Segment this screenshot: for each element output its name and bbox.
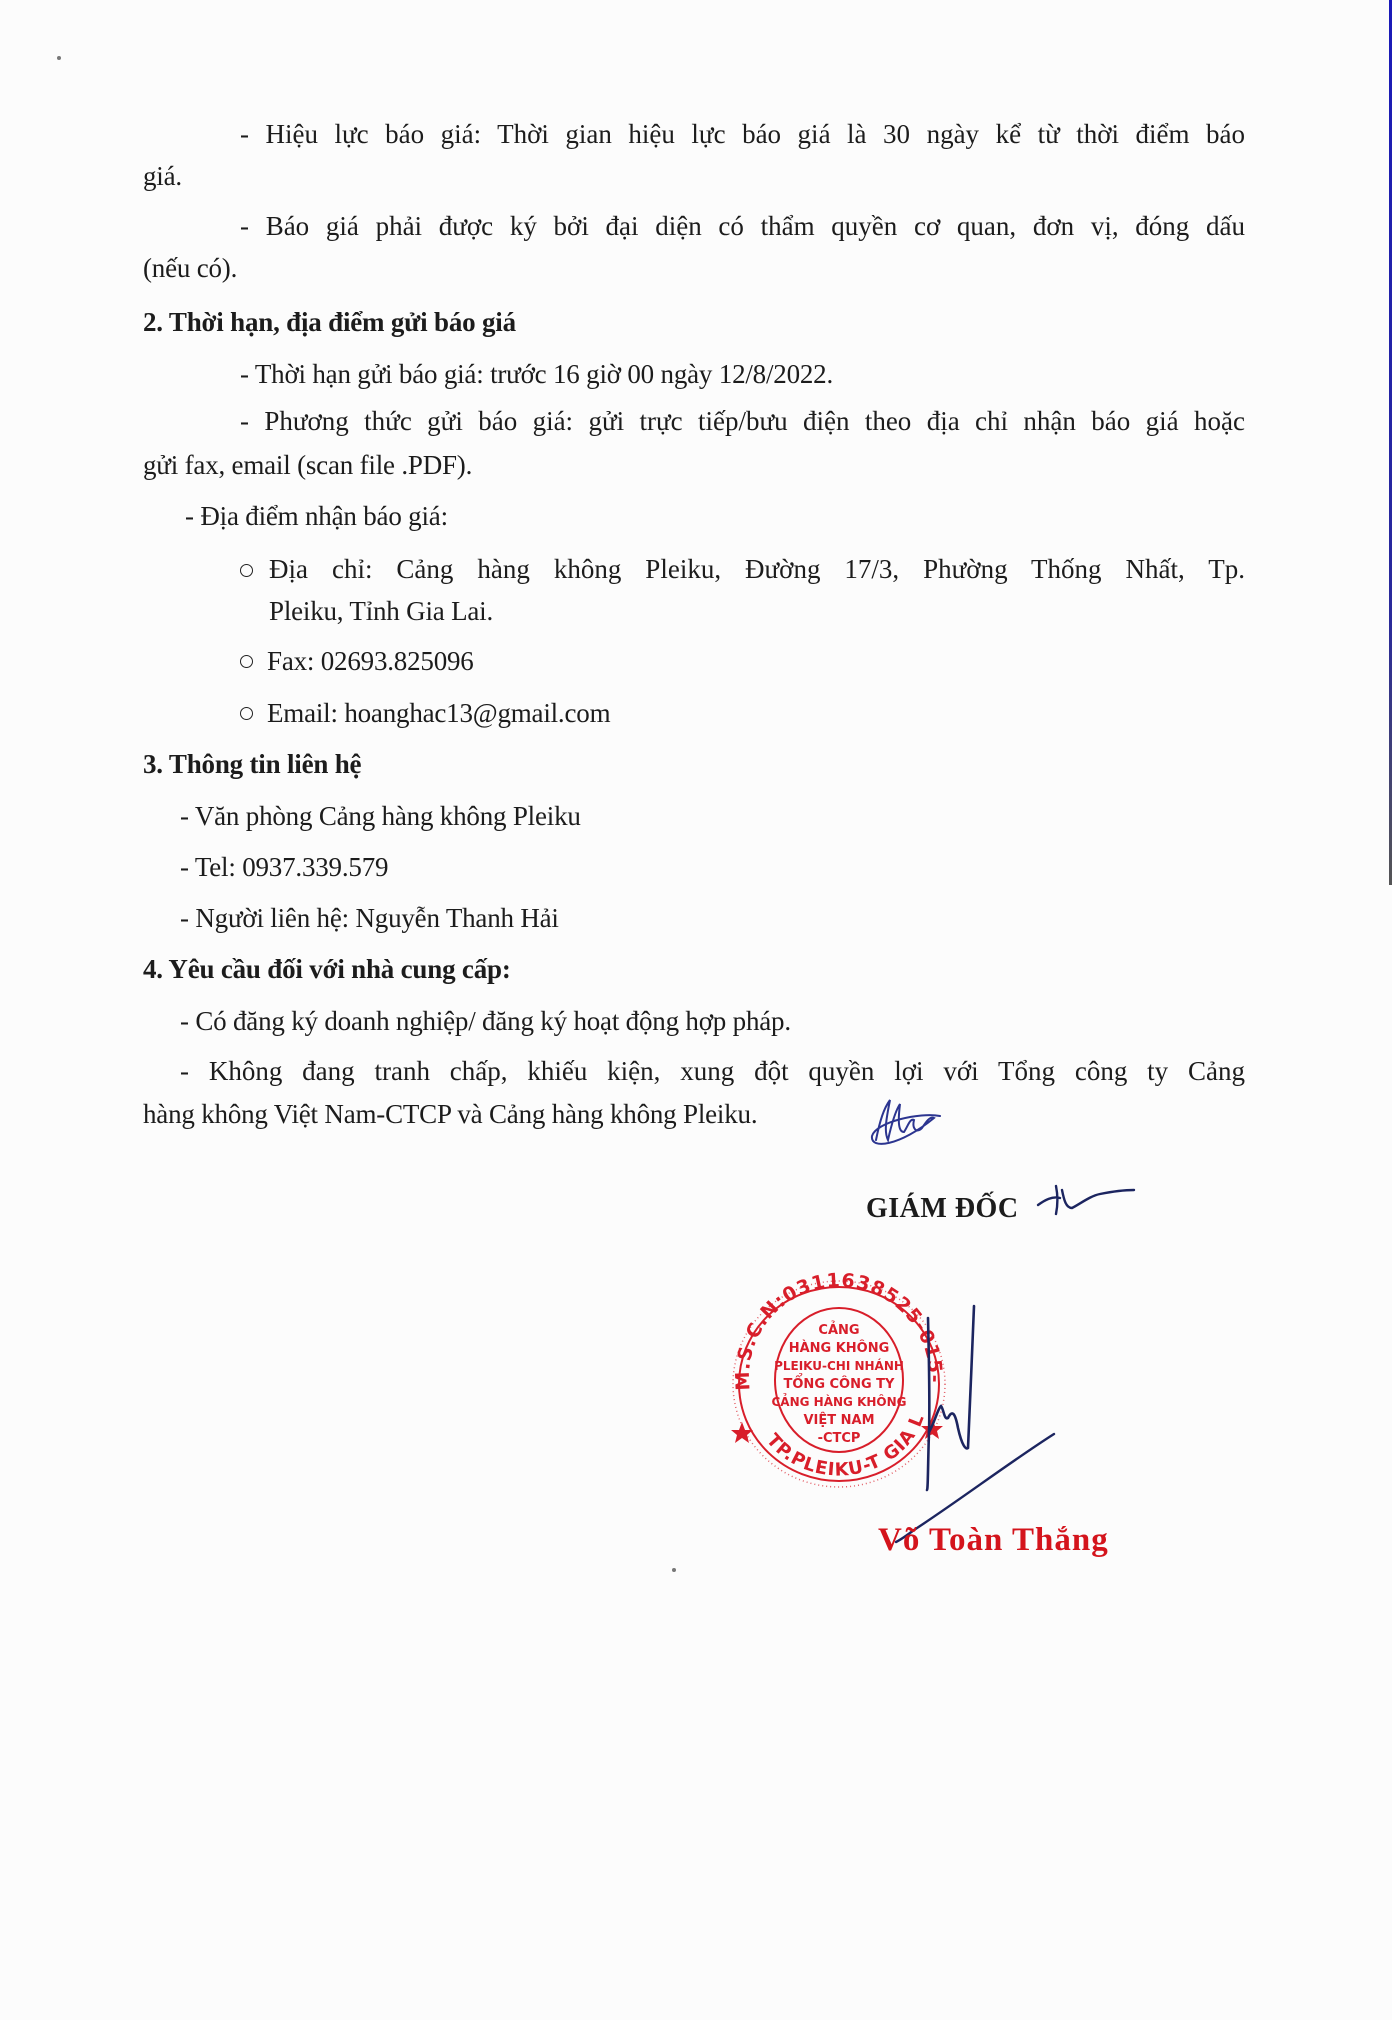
initials-scribble bbox=[1038, 1186, 1134, 1214]
stamp-line: CẢNG bbox=[818, 1321, 859, 1338]
stamp-line: PLEIKU-CHI NHÁNH bbox=[774, 1358, 904, 1373]
email-item: Email: hoanghac13@gmail.com bbox=[240, 697, 610, 729]
contact-person-line: - Người liên hệ: Nguyễn Thanh Hải bbox=[180, 902, 559, 934]
document-page: - Hiệu lực báo giá: Thời gian hiệu lực b… bbox=[0, 0, 1392, 2020]
stamp-line: TỔNG CÔNG TY bbox=[784, 1374, 896, 1392]
director-title: GIÁM ĐỐC bbox=[866, 1193, 1019, 1225]
method-line-1: - Phương thức gửi báo giá: gửi trực tiếp… bbox=[240, 405, 1245, 437]
stamp-line: VIỆT NAM bbox=[803, 1412, 874, 1428]
deadline-line: - Thời hạn gửi báo giá: trước 16 giờ 00 … bbox=[240, 358, 833, 390]
stamp-line: CẢNG HÀNG KHÔNG bbox=[772, 1393, 907, 1409]
section-2-heading: 2. Thời hạn, địa điểm gửi báo giá bbox=[143, 306, 516, 338]
requirement-2-line-1: - Không đang tranh chấp, khiếu kiện, xun… bbox=[180, 1055, 1245, 1087]
circle-bullet-icon bbox=[240, 655, 253, 668]
signer-name: Võ Toàn Thắng bbox=[878, 1522, 1109, 1559]
location-label: - Địa điểm nhận báo giá: bbox=[185, 500, 448, 532]
validity-line-1: - Hiệu lực báo giá: Thời gian hiệu lực b… bbox=[240, 118, 1245, 150]
email-text: Email: hoanghac13@gmail.com bbox=[267, 698, 610, 728]
official-stamp: M.S.C.N:0311638525-015-C.T.C.P TP.PLEIKU… bbox=[718, 1272, 958, 1492]
address-line-2: Pleiku, Tỉnh Gia Lai. bbox=[269, 595, 493, 627]
validity-line-2: giá. bbox=[143, 160, 182, 192]
fax-text: Fax: 02693.825096 bbox=[267, 646, 474, 676]
requirement-1: - Có đăng ký doanh nghiệp/ đăng ký hoạt … bbox=[180, 1005, 791, 1037]
office-line: - Văn phòng Cảng hàng không Pleiku bbox=[180, 800, 581, 832]
circle-bullet-icon bbox=[240, 707, 253, 720]
scan-speck bbox=[57, 56, 61, 60]
circle-bullet-icon bbox=[240, 564, 253, 577]
method-line-2: gửi fax, email (scan file .PDF). bbox=[143, 449, 472, 481]
stamp-line: HÀNG KHÔNG bbox=[789, 1340, 890, 1356]
initials-scribble bbox=[872, 1100, 940, 1144]
signed-line-2: (nếu có). bbox=[143, 252, 237, 284]
signed-line-1: - Báo giá phải được ký bởi đại diện có t… bbox=[240, 210, 1245, 242]
tel-line: - Tel: 0937.339.579 bbox=[180, 851, 388, 883]
stamp-line: -CTCP bbox=[818, 1431, 861, 1446]
requirement-2-line-2: hàng không Việt Nam-CTCP và Cảng hàng kh… bbox=[143, 1098, 757, 1130]
section-4-heading: 4. Yêu cầu đối với nhà cung cấp: bbox=[143, 953, 511, 985]
scan-speck bbox=[672, 1568, 676, 1572]
section-3-heading: 3. Thông tin liên hệ bbox=[143, 748, 361, 780]
address-line-1: Địa chỉ: Cảng hàng không Pleiku, Đường 1… bbox=[269, 553, 1245, 585]
fax-item: Fax: 02693.825096 bbox=[240, 645, 474, 677]
